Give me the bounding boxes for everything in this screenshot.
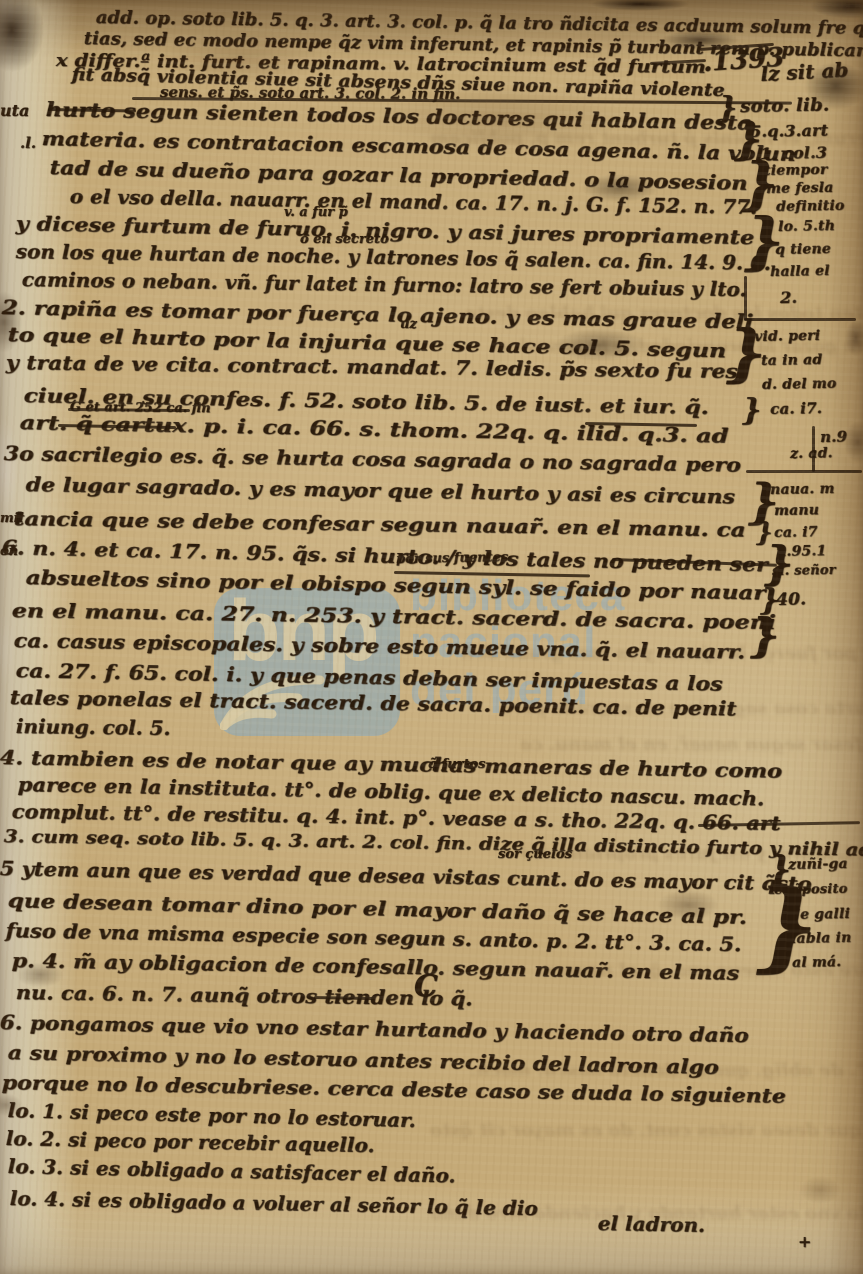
interlinear-note: + (798, 1234, 811, 1250)
margin-note: ta in ad (761, 353, 822, 368)
margin-note: definitio (776, 199, 845, 214)
manuscript-line: 5 ytem aun que es verdad que desea vista… (0, 858, 812, 894)
manuscript-line: 6. pongamos que vio vno estar hurtando y… (0, 1012, 749, 1045)
margin-note: n.9 (820, 430, 847, 445)
bleedthrough-line: 5 ytem aun que es verdad que desea vista… (430, 1122, 863, 1140)
interlinear-note: por sus fuentes (396, 551, 508, 566)
ink-rule-vertical (744, 276, 747, 320)
interlinear-note: .l. (20, 136, 36, 151)
manuscript-line: el ladron. (598, 1213, 706, 1235)
interlinear-note: uz (400, 318, 417, 331)
interlinear-note: oñ (0, 545, 18, 558)
ink-rule (744, 318, 856, 321)
margin-note: d. del mo (762, 377, 837, 392)
interlinear-note: uta (0, 103, 29, 119)
manuscript-line: nu. ca. 6. n. 7. aunq̃ otros tienden lo … (16, 982, 473, 1008)
margin-note: 40. (776, 591, 806, 609)
interlinear-note: mil (0, 512, 24, 525)
manuscript-line: lo. 2. si peco por recebir aquello. (6, 1128, 375, 1155)
margin-note: ca. i7. (770, 401, 822, 417)
bleedthrough-line: tancia que se debe confesar segun nauar̃… (520, 736, 863, 754)
ink-rule (746, 470, 862, 473)
margin-brace-glyph: } (756, 878, 818, 974)
margin-note: 2. (780, 290, 797, 306)
manuscript-page: bnp biblioteca nacional del perú tias, s… (0, 0, 863, 1274)
margin-note: lo. 5.th (778, 219, 835, 234)
interlinear-note: o en secreto (300, 233, 389, 246)
folio-side-note: lz sit ab (760, 59, 849, 84)
manuscript-line: lo. 1. si peco este por no lo estoruar. (8, 1100, 416, 1130)
margin-note: manu (774, 503, 819, 518)
manuscript-line: ca. casus episcopales. y sobre esto mueu… (14, 630, 745, 661)
manuscript-line: lo. 3. si es obligado a satisfacer el da… (8, 1156, 456, 1185)
ink-rule-vertical (812, 426, 815, 472)
margin-brace-glyph: } (744, 210, 784, 272)
manuscript-line: caminos o neban. vñ. fur latet in furno:… (22, 269, 747, 299)
interlinear-note: C (414, 972, 438, 1002)
manuscript-line: p. 4. m̃ ay obligacion de confesallo. se… (12, 950, 740, 983)
manuscript-line: 3o sacrilegio es. q̃. se hurta cosa sagr… (4, 443, 741, 475)
manuscript-line: iniung. col. 5. (16, 716, 171, 738)
manuscript-line: lo. 4. si es obligado a voluer al señor … (10, 1188, 538, 1218)
margin-brace-glyph: } (750, 612, 780, 658)
interlinear-note: sor çuelos (498, 848, 572, 861)
margin-note: naua. m (770, 482, 835, 497)
manuscript-line: en el manu. ca. 27. n. 253. y tract. sac… (12, 600, 776, 632)
manuscript-line: de lugar sagrado. y es mayor que el hurt… (26, 474, 735, 506)
margin-brace-glyph: } (742, 396, 761, 426)
manuscript-line: tancia que se debe confesar segun nauar̃… (14, 508, 746, 539)
margin-brace-glyph: } (726, 322, 766, 384)
interlinear-note: v. a fur p̃ (284, 206, 348, 219)
interlinear-note: q̃ furtos (428, 758, 486, 771)
